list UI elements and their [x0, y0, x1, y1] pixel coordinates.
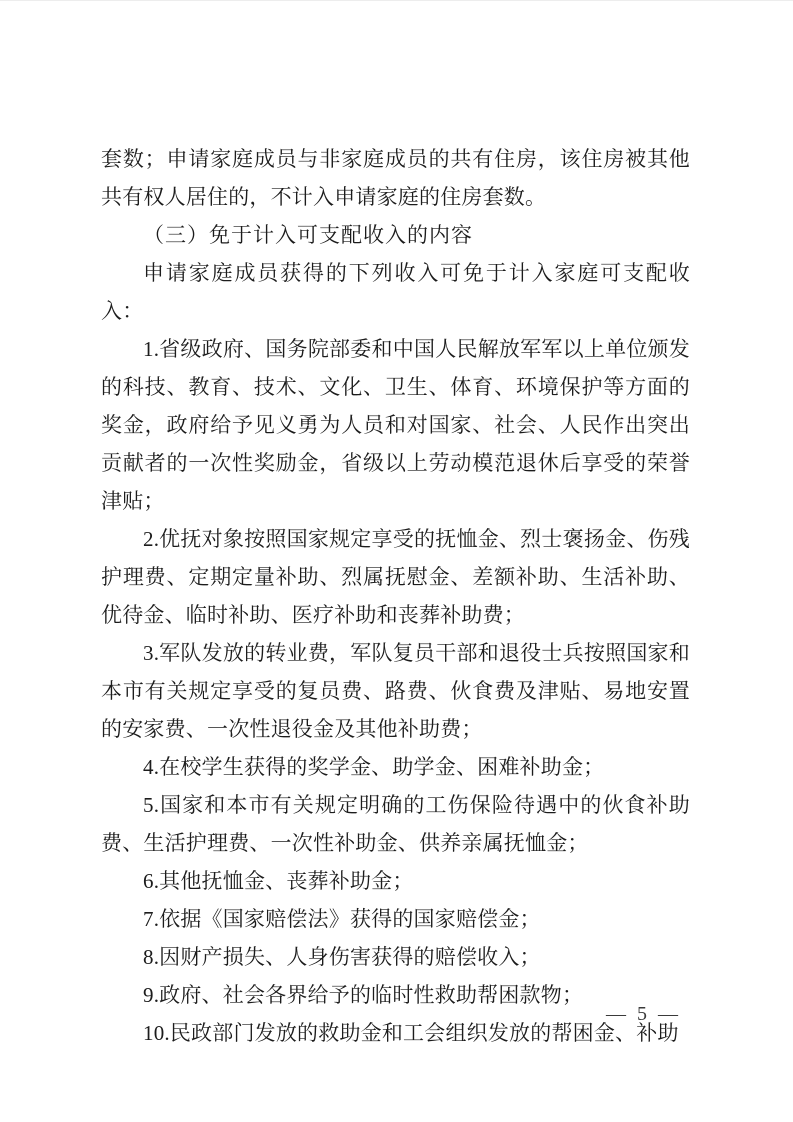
- list-item-7: 7.依据《国家赔偿法》获得的国家赔偿金；: [101, 900, 690, 938]
- list-item-1: 1.省级政府、国务院部委和中国人民解放军军以上单位颁发的科技、教育、技术、文化、…: [101, 330, 690, 520]
- page-footer: — 5 —: [606, 997, 681, 1031]
- document-body: 套数；申请家庭成员与非家庭成员的共有住房，该住房被其他共有权人居住的，不计入申请…: [101, 140, 690, 1052]
- list-item-8: 8.因财产损失、人身伤害获得的赔偿收入；: [101, 938, 690, 976]
- paragraph-continuation: 套数；申请家庭成员与非家庭成员的共有住房，该住房被其他共有权人居住的，不计入申请…: [101, 140, 690, 216]
- list-item-9: 9.政府、社会各界给予的临时性救助帮困款物；: [101, 976, 690, 1014]
- document-page: 套数；申请家庭成员与非家庭成员的共有住房，该住房被其他共有权人居住的，不计入申请…: [0, 0, 793, 1122]
- page-number: — 5 —: [606, 1003, 681, 1025]
- list-item-3: 3.军队发放的转业费，军队复员干部和退役士兵按照国家和本市有关规定享受的复员费、…: [101, 634, 690, 748]
- list-item-4: 4.在校学生获得的奖学金、助学金、困难补助金；: [101, 748, 690, 786]
- list-item-6: 6.其他抚恤金、丧葬补助金；: [101, 862, 690, 900]
- paragraph-intro: 申请家庭成员获得的下列收入可免于计入家庭可支配收入：: [101, 254, 690, 330]
- list-item-10: 10.民政部门发放的救助金和工会组织发放的帮困金、补助: [101, 1014, 690, 1052]
- list-item-2: 2.优抚对象按照国家规定享受的抚恤金、烈士褒扬金、伤残护理费、定期定量补助、烈属…: [101, 520, 690, 634]
- section-heading: （三）免于计入可支配收入的内容: [101, 216, 690, 254]
- list-item-5: 5.国家和本市有关规定明确的工伤保险待遇中的伙食补助费、生活护理费、一次性补助金…: [101, 786, 690, 862]
